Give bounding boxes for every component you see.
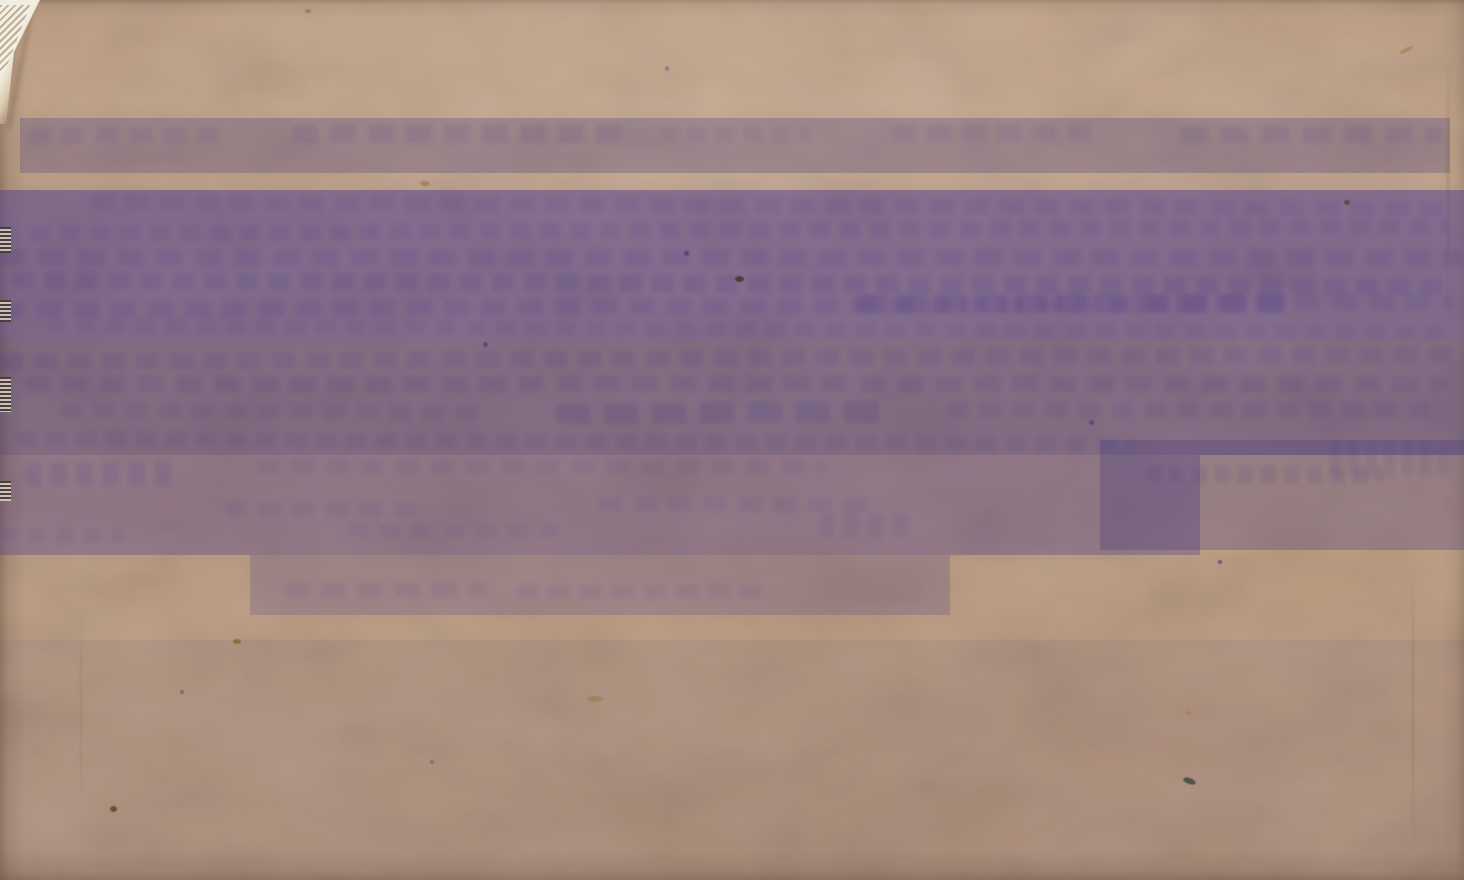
paper-crease [1447, 60, 1449, 320]
ghost-text-line [90, 194, 1450, 216]
paper-fleck [1186, 711, 1191, 715]
paper-fleck [684, 251, 689, 256]
paper-crease [1412, 560, 1414, 860]
paper-fleck [305, 9, 311, 13]
paper-crease [80, 600, 82, 820]
ghost-text-line [12, 271, 1452, 296]
speckle-region [1100, 440, 1464, 550]
ink-wash-layer [0, 0, 1464, 880]
ghost-text-line [516, 585, 762, 598]
speckle-region [0, 340, 1464, 455]
ghost-text-line [30, 218, 1450, 241]
ghost-text-line [1146, 465, 1384, 483]
torn-corner [0, 0, 48, 124]
ghost-text-line [0, 528, 126, 544]
paper-light-patches [0, 0, 1464, 880]
paper-fleck [233, 639, 241, 644]
paper-mottle-texture [0, 0, 1464, 880]
ghost-text-line [856, 294, 1286, 313]
speckle-region [0, 0, 1464, 880]
document-scan [0, 0, 1464, 880]
left-edge-scan-hatch [0, 481, 11, 501]
paper-fleck [180, 690, 184, 694]
ink-wash [0, 452, 1180, 552]
paper-fleck [110, 806, 117, 812]
ghost-text-line [818, 514, 910, 538]
edge-artifacts-layer [0, 0, 1464, 880]
speckle-region [0, 455, 1200, 555]
ink-wash [0, 340, 1464, 452]
ghost-text-line [0, 346, 1464, 370]
paper-fleck [1089, 420, 1094, 425]
ink-wash [0, 188, 1464, 340]
ghost-text-line [60, 403, 490, 420]
paper-fleck [483, 342, 488, 347]
paper-fleck-layer [0, 0, 1464, 880]
paper-fleck [420, 181, 430, 186]
ghost-text-line [16, 431, 1136, 452]
torn-corner-hatch-pattern [0, 5, 36, 71]
paper-fleck [1344, 200, 1350, 205]
ghost-text-line [292, 124, 624, 143]
paper-grain-texture [0, 0, 1464, 880]
speckle-region [0, 640, 1464, 880]
ghost-text-line [892, 123, 1102, 141]
torn-corner-shadow [7, 0, 36, 129]
ink-bleedthrough-layer [0, 0, 1464, 880]
left-edge-scan-hatch [0, 377, 11, 412]
speckle-region [20, 118, 1450, 173]
ghost-text-line [1330, 440, 1448, 477]
ghost-text-line [946, 402, 1438, 418]
speckle-region [0, 190, 1464, 340]
paper-fleck [735, 276, 744, 282]
ghost-text-line [348, 524, 562, 537]
ghost-text-line [660, 127, 810, 143]
paper-fleck [1182, 776, 1196, 786]
ghost-text-line [28, 127, 218, 144]
ink-speckle-layer [0, 0, 1464, 880]
ghost-text-line [598, 496, 874, 512]
ghost-text-line [0, 294, 1452, 318]
paper-fleck [1218, 560, 1222, 564]
paper-fleck [1399, 45, 1414, 55]
ghost-text-line [24, 462, 180, 487]
ghost-text-line [46, 318, 1446, 339]
ink-wash [250, 555, 950, 613]
ghost-text-line [24, 376, 1448, 392]
ghost-text-line [224, 502, 430, 516]
ink-wash [20, 116, 1440, 170]
paper-fleck [587, 696, 603, 702]
speckle-region [250, 555, 950, 615]
left-edge-scan-hatch [0, 300, 11, 322]
paper-fleck [665, 66, 669, 71]
left-edge-scan-hatch [0, 227, 11, 253]
ghost-text-line [556, 401, 886, 424]
ghost-text-line [284, 581, 488, 597]
ghost-text-line [256, 460, 826, 474]
paper-fleck [430, 760, 434, 764]
ghost-text-line [1180, 126, 1442, 143]
ghost-text-line [0, 249, 1464, 266]
